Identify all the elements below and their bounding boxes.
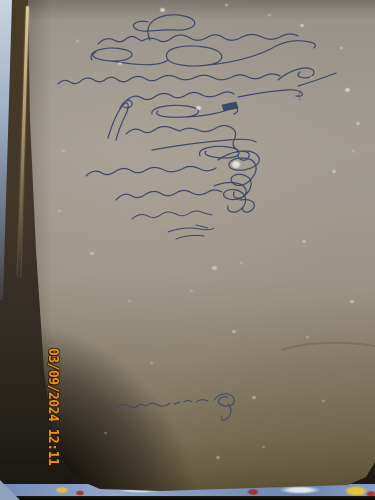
paper-speck	[104, 432, 107, 434]
paper-speck	[356, 122, 360, 125]
paper-speck	[128, 300, 131, 302]
signature-1	[91, 15, 315, 66]
paper-speck	[232, 161, 240, 168]
paper-speck	[345, 88, 350, 92]
paper-speck	[232, 330, 236, 333]
paper-speck	[225, 4, 228, 6]
paper-speck	[190, 290, 193, 292]
paper-speck	[252, 396, 256, 399]
paper-speck	[216, 456, 220, 459]
signature-8	[168, 225, 214, 239]
paper-speck	[322, 400, 325, 402]
paper-speck	[196, 106, 201, 110]
paper-speck	[118, 62, 122, 65]
paper-speck	[352, 150, 355, 152]
photo-of-book-page: 03/09/2024 12:11	[0, 0, 375, 500]
signature-3	[126, 90, 302, 117]
paper-speck	[150, 362, 153, 364]
paper-speck	[212, 266, 217, 270]
paper-speck	[76, 40, 79, 42]
signature-6	[116, 183, 254, 213]
paper-speck	[332, 170, 336, 173]
paper-speck	[268, 14, 271, 16]
bottom-inscription	[116, 394, 234, 420]
paper-speck	[240, 262, 243, 264]
paper-speck	[90, 252, 94, 255]
paper-speck	[310, 76, 313, 78]
paper-speck	[350, 300, 354, 303]
paper-speck	[302, 240, 306, 243]
signature-5	[86, 151, 259, 198]
paper-speck	[62, 150, 65, 152]
signature-7	[132, 211, 212, 219]
paper-speck	[58, 210, 61, 212]
paper-speck	[340, 47, 343, 49]
paper-speck	[300, 24, 304, 27]
paper-speck	[262, 446, 265, 448]
faint-marks	[282, 90, 375, 350]
paper-speck	[160, 8, 165, 12]
paper-speck	[306, 336, 309, 338]
camera-timestamp: 03/09/2024 12:11	[45, 348, 60, 465]
signature-2	[58, 68, 336, 86]
